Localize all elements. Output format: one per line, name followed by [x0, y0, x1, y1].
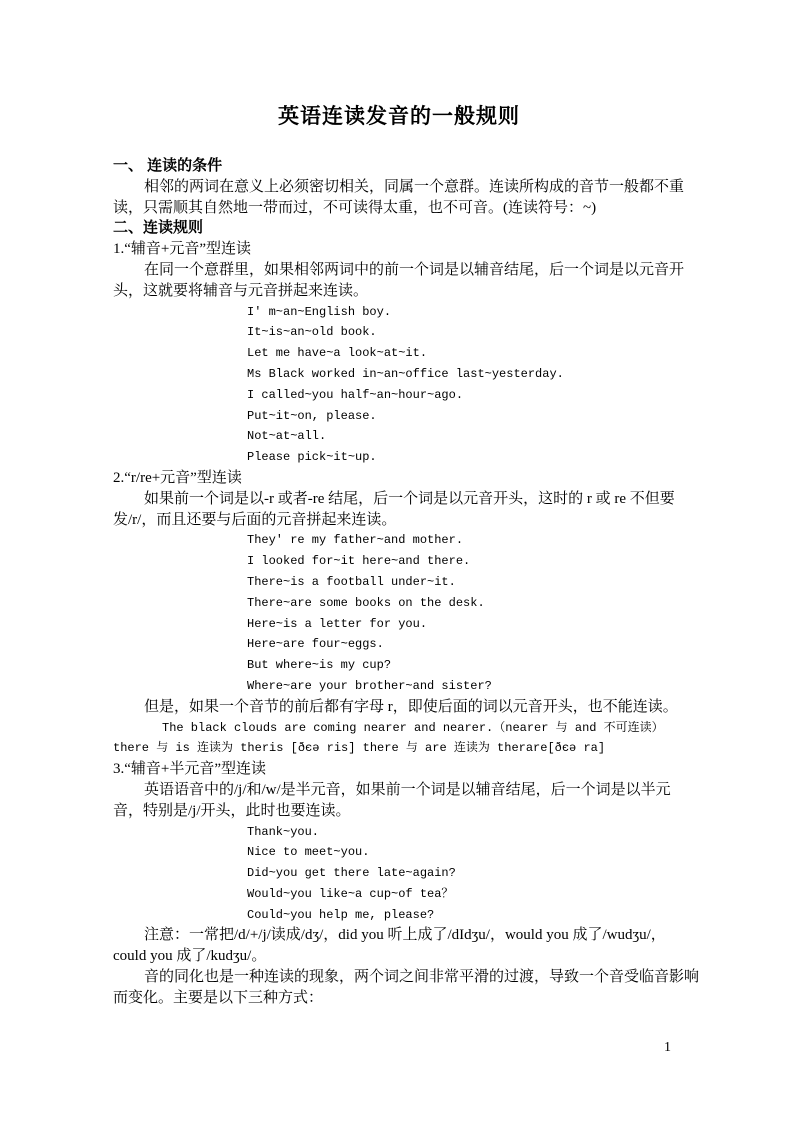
- text-line: Where~are your brother~and sister?: [113, 676, 685, 697]
- text-line: 头，这就要将辅音与元音拼起来连读。: [113, 281, 685, 302]
- text-line: Did~you get there late~again?: [113, 863, 685, 884]
- page-title: 英语连读发音的一般规则: [113, 102, 685, 132]
- page-number: 1: [664, 1038, 671, 1058]
- text-line: Put~it~on, please.: [113, 406, 685, 427]
- text-line: 但是，如果一个音节的前后都有字母 r，即使后面的词以元音开头，也不能连读。: [113, 697, 685, 718]
- text-line: 读，只需顺其自然地一带而过，不可读得太重，也不可音。(连读符号：~): [113, 198, 685, 219]
- text-line: 音，特别是/j/开头，此时也要连读。: [113, 801, 685, 822]
- text-line: 一、 连读的条件: [113, 156, 685, 177]
- text-line: The black clouds are coming nearer and n…: [113, 718, 685, 739]
- text-line: I' m~an~English boy.: [113, 302, 685, 323]
- text-line: Would~you like~a cup~of tea？: [113, 884, 685, 905]
- text-line: 音的同化也是一种连读的现象，两个词之间非常平滑的过渡，导致一个音受临音影响: [113, 967, 685, 988]
- text-line: It~is~an~old book.: [113, 322, 685, 343]
- text-line: But where~is my cup?: [113, 655, 685, 676]
- content-area: 英语连读发音的一般规则 一、 连读的条件相邻的两词在意义上必须密切相关，同属一个…: [113, 102, 685, 1009]
- text-line: Please pick~it~up.: [113, 447, 685, 468]
- text-line: 在同一个意群里，如果相邻两词中的前一个词是以辅音结尾，后一个词是以元音开: [113, 260, 685, 281]
- text-line: 2.“r/re+元音”型连读: [113, 468, 685, 489]
- text-line: Could~you help me, please?: [113, 905, 685, 926]
- text-line: Here~is a letter for you.: [113, 614, 685, 635]
- text-line: There~are some books on the desk.: [113, 593, 685, 614]
- text-line: Here~are four~eggs.: [113, 634, 685, 655]
- document-page: 英语连读发音的一般规则 一、 连读的条件相邻的两词在意义上必须密切相关，同属一个…: [0, 0, 794, 1123]
- text-line: 3.“辅音+半元音”型连读: [113, 759, 685, 780]
- text-line: 二、连读规则: [113, 218, 685, 239]
- text-line: there 与 is 连读为 theris [ðєə ris] there 与 …: [113, 738, 685, 759]
- text-line: 相邻的两词在意义上必须密切相关，同属一个意群。连读所构成的音节一般都不重: [113, 177, 685, 198]
- text-line: Not~at~all.: [113, 426, 685, 447]
- text-line: I looked for~it here~and there.: [113, 551, 685, 572]
- text-line: could you 成了/kudʒu/。: [113, 946, 685, 967]
- text-body: 一、 连读的条件相邻的两词在意义上必须密切相关，同属一个意群。连读所构成的音节一…: [113, 156, 685, 1009]
- text-line: 英语语音中的/j/和/w/是半元音，如果前一个词是以辅音结尾，后一个词是以半元: [113, 780, 685, 801]
- text-line: Nice to meet~you.: [113, 842, 685, 863]
- text-line: Ms Black worked in~an~office last~yester…: [113, 364, 685, 385]
- text-line: I called~you half~an~hour~ago.: [113, 385, 685, 406]
- text-line: 注意：一常把/d/+/j/读成/dʒ/，did you 听上成了/dIdʒu/，…: [113, 925, 685, 946]
- text-line: Thank~you.: [113, 822, 685, 843]
- text-line: Let me have~a look~at~it.: [113, 343, 685, 364]
- text-line: 而变化。主要是以下三种方式：: [113, 988, 685, 1009]
- text-line: They' re my father~and mother.: [113, 530, 685, 551]
- text-line: 发/r/，而且还要与后面的元音拼起来连读。: [113, 510, 685, 531]
- text-line: 如果前一个词是以-r 或者-re 结尾，后一个词是以元音开头，这时的 r 或 r…: [113, 489, 685, 510]
- text-line: 1.“辅音+元音”型连读: [113, 239, 685, 260]
- text-line: There~is a football under~it.: [113, 572, 685, 593]
